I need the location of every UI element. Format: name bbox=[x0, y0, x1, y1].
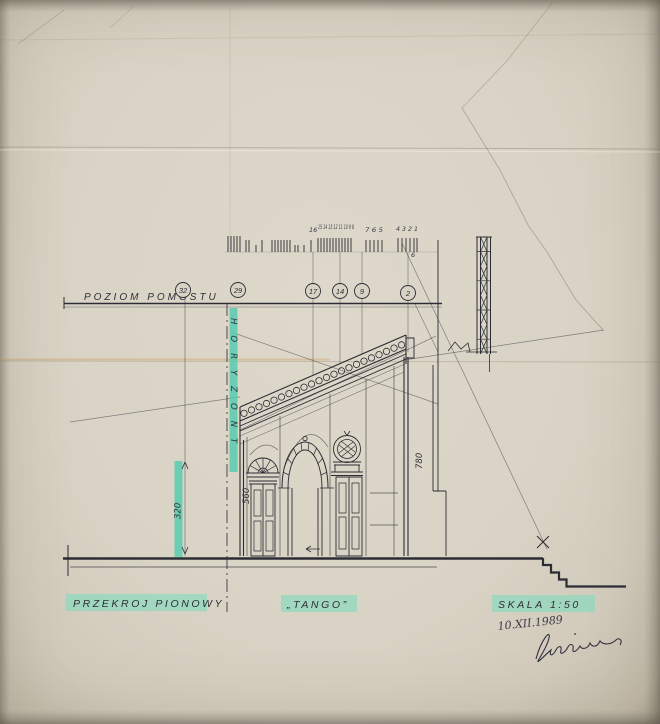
cornice bbox=[240, 335, 414, 444]
dimension-320: 320 bbox=[174, 297, 189, 557]
svg-text:14: 14 bbox=[336, 287, 344, 296]
drawing-sheet: 16 15 14 13 12 11 10 9 8 7 6 5 4 3 2 1 6… bbox=[0, 0, 660, 724]
level-line: POZIOM POMOSTU bbox=[64, 292, 442, 309]
steps bbox=[543, 558, 626, 587]
view-label: PRZEKROJ PIONOWY bbox=[73, 598, 224, 610]
ruler-label-7-5: 7 6 5 bbox=[365, 226, 383, 234]
ruler-label-16: 16 bbox=[309, 226, 317, 234]
drawing-canvas: 16 15 14 13 12 11 10 9 8 7 6 5 4 3 2 1 6… bbox=[0, 0, 660, 724]
level-marker-29: 29 bbox=[231, 283, 246, 298]
paper-creases bbox=[0, 2, 660, 362]
floor-and-steps bbox=[63, 545, 626, 587]
level-marker-17: 17 bbox=[306, 284, 321, 299]
ruler-label-4-1: 4 3 2 1 bbox=[396, 225, 418, 233]
level-marker-14: 14 bbox=[333, 284, 348, 299]
horizon-label: HORYZONT bbox=[228, 318, 238, 454]
svg-text:2: 2 bbox=[405, 289, 411, 298]
drawing-title: „TANGO” bbox=[286, 599, 349, 611]
horizon-strip: HORYZONT bbox=[227, 303, 238, 612]
level-marker-9: 9 bbox=[355, 284, 370, 299]
right-door bbox=[331, 431, 363, 556]
level-marker-32: 32 bbox=[176, 283, 191, 298]
x-mark bbox=[537, 536, 549, 548]
top-ruler: 16 15 14 13 12 11 10 9 8 7 6 5 4 3 2 1 6 bbox=[225, 223, 438, 259]
dimension-560-label: 560 bbox=[242, 488, 252, 504]
dimension-780-label: 780 bbox=[415, 453, 425, 469]
level-marker-2: 2 bbox=[401, 286, 416, 301]
svg-text:17: 17 bbox=[309, 287, 318, 296]
truss-column bbox=[448, 237, 497, 372]
date-label: 10.XII.1989 bbox=[497, 613, 564, 633]
svg-text:29: 29 bbox=[233, 286, 243, 295]
svg-text:32: 32 bbox=[179, 286, 188, 295]
central-arch bbox=[278, 436, 334, 556]
scale-label: SKALA 1:50 bbox=[498, 599, 581, 611]
cornice-ornament bbox=[241, 342, 405, 417]
left-door bbox=[246, 458, 280, 556]
signature-scribble bbox=[536, 634, 621, 661]
ruler-label-15-8: 15 14 13 12 11 10 9 8 bbox=[318, 223, 354, 231]
title-block: PRZEKROJ PIONOWY „TANGO” SKALA 1:50 10.X… bbox=[66, 594, 621, 662]
dimension-320-label: 320 bbox=[174, 503, 184, 519]
signature-dot bbox=[574, 633, 576, 635]
level-line-label: POZIOM POMOSTU bbox=[84, 292, 219, 303]
ruler-label-below: 6 bbox=[411, 251, 415, 259]
